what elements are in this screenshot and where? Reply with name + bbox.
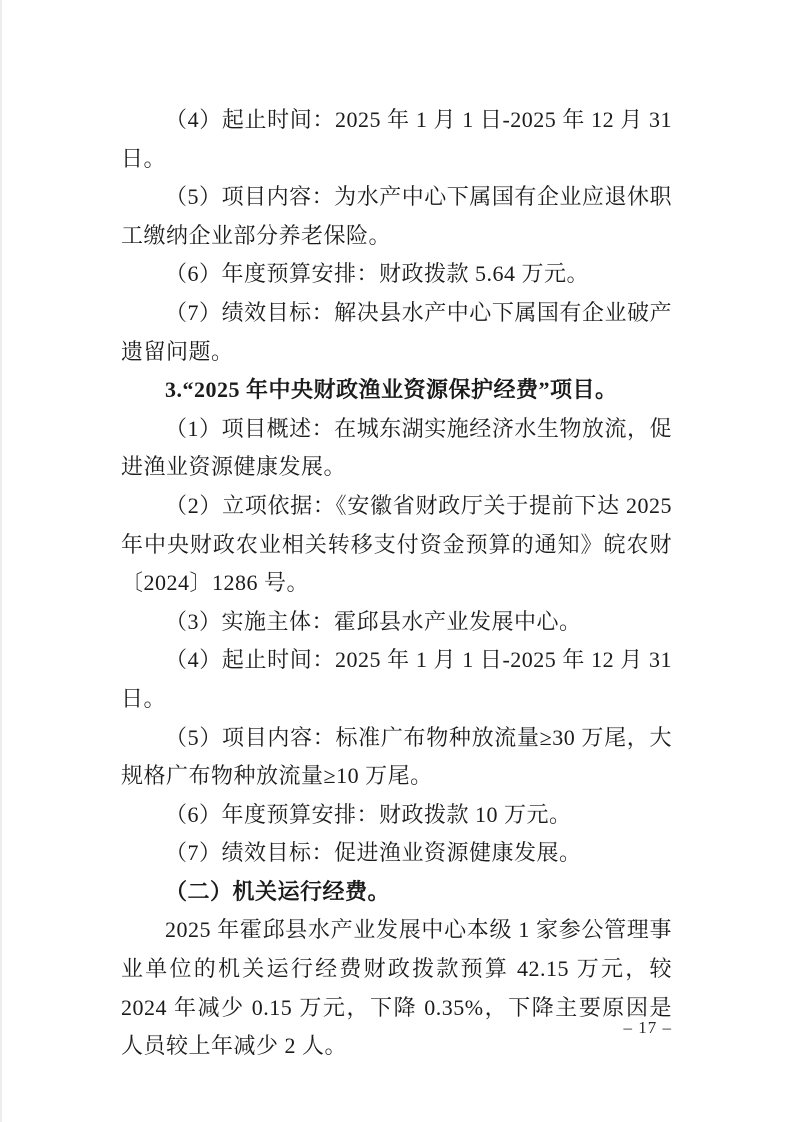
paragraph: （7）绩效目标：解决县水产中心下属国有企业破产遗留问题。 [121, 294, 672, 371]
paragraph: （3）实施主体：霍邱县水产业发展中心。 [121, 603, 672, 642]
scan-edge-line [0, 0, 2, 1122]
paragraph: 3.“2025 年中央财政渔业资源保护经费”项目。 [121, 371, 672, 410]
paragraph: （5）项目内容：标准广布物种放流量≥30 万尾，大规格广布物种放流量≥10 万尾… [121, 719, 672, 796]
paragraph: （二）机关运行经费。 [121, 873, 672, 912]
paragraph: （1）项目概述：在城东湖实施经济水生物放流，促进渔业资源健康发展。 [121, 410, 672, 487]
paragraph: （7）绩效目标：促进渔业资源健康发展。 [121, 834, 672, 873]
paragraph: （4）起止时间：2025 年 1 月 1 日-2025 年 12 月 31 日。 [121, 101, 672, 178]
paragraph: （6）年度预算安排：财政拨款 10 万元。 [121, 796, 672, 835]
paragraph: （4）起止时间：2025 年 1 月 1 日-2025 年 12 月 31 日。 [121, 641, 672, 718]
paragraph: （6）年度预算安排：财政拨款 5.64 万元。 [121, 255, 672, 294]
paragraph: （5）项目内容：为水产中心下属国有企业应退休职工缴纳企业部分养老保险。 [121, 178, 672, 255]
page-number: – 17 – [624, 1017, 673, 1039]
document-body: （4）起止时间：2025 年 1 月 1 日-2025 年 12 月 31 日。… [121, 101, 672, 1066]
paragraph: 2025 年霍邱县水产业发展中心本级 1 家参公管理事业单位的机关运行经费财政拨… [121, 911, 672, 1065]
paragraph: （2）立项依据：《安徽省财政厅关于提前下达 2025 年中央财政农业相关转移支付… [121, 487, 672, 603]
